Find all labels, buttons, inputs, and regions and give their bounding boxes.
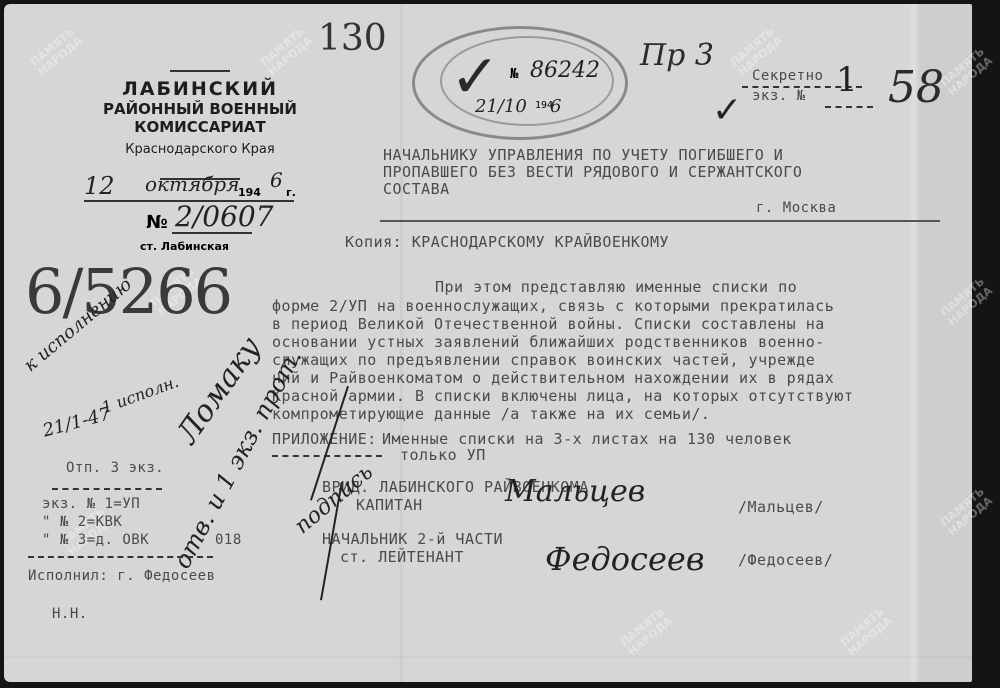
distribution-item: " № 3=д. ОВК — [42, 532, 149, 548]
stamp-line-4: Краснодарского Края — [80, 142, 320, 157]
station-name: ст. Лабинская — [140, 240, 229, 253]
signature-2: Федосеев — [545, 540, 704, 578]
divider — [272, 455, 382, 457]
outgoing-number: 2/0607 — [175, 200, 274, 233]
copy-to: Копия: КРАСНОДАРСКОМУ КРАЙВОЕНКОМУ — [345, 233, 669, 251]
body-line: служащих по предъявлении справок воински… — [272, 351, 815, 369]
date-year-suffix: 6 — [270, 168, 283, 192]
date-month: октября — [145, 172, 239, 196]
divider — [28, 556, 213, 558]
signer-2-title: НАЧАЛЬНИК 2-й ЧАСТИ — [322, 530, 503, 548]
distribution-item: экз. № 1=УП — [42, 496, 140, 512]
divider — [380, 220, 940, 222]
body-line: основании устных заявлений ближайших род… — [272, 333, 825, 351]
secret-number: 58 — [888, 62, 944, 113]
stamp-line-2: РАЙОННЫЙ ВОЕННЫЙ — [80, 100, 320, 118]
commissariat-stamp: ЛАБИНСКИЙ РАЙОННЫЙ ВОЕННЫЙ КОМИССАРИАТ К… — [80, 70, 320, 157]
attachment-label: ПРИЛОЖЕНИЕ: — [272, 430, 377, 448]
divider — [52, 488, 162, 490]
signer-1-name: /Мальцев/ — [738, 498, 824, 516]
reg-number-label: № — [510, 66, 518, 82]
signer-1-rank: КАПИТАН — [356, 496, 423, 514]
addressee-city: г. Москва — [756, 200, 836, 216]
number-underline — [172, 232, 252, 234]
number-label: № — [146, 212, 168, 233]
signer-2-name: /Федосеев/ — [738, 551, 833, 569]
body-line: При этом представляю именные списки по — [435, 278, 797, 296]
signature-1: Мальцев — [505, 474, 645, 509]
distribution-extra: 018 — [215, 532, 242, 548]
divider — [170, 70, 230, 72]
body-line: Красной армии. В списки включены лица, н… — [272, 387, 853, 405]
body-line: ний и Райвоенкоматом о действительном на… — [272, 369, 834, 387]
body-line: форме 2/УП на военнослужащих, связь с ко… — [272, 297, 834, 315]
reg-date: 21/10 — [475, 96, 527, 117]
handwritten-resolution: Пр 3 — [640, 38, 714, 73]
divider — [825, 106, 873, 108]
year-letter: г. — [286, 186, 296, 199]
reg-year: 6 — [550, 96, 561, 117]
page-number: 130 — [318, 18, 387, 59]
stamp-line-3: КОМИССАРИАТ — [80, 118, 320, 136]
reg-number: 86242 — [530, 58, 600, 83]
secret-label: Секретно — [752, 68, 823, 84]
addressee-line-2: ПРОПАВШЕГО БЕЗ ВЕСТИ РЯДОВОГО И СЕРЖАНТС… — [383, 163, 802, 181]
body-line: в период Великой Отечественной войны. Сп… — [272, 315, 825, 333]
date-year-prefix: 194 — [238, 186, 261, 199]
copy-label: экз. № — [752, 88, 806, 104]
executor-initials: Н.Н. — [52, 606, 88, 622]
stamp-line-1: ЛАБИНСКИЙ — [80, 78, 320, 100]
check-mark-icon: ✓ — [712, 90, 742, 131]
distribution-item: " № 2=КВК — [42, 514, 122, 530]
signer-2-rank: ст. ЛЕЙТЕНАНТ — [340, 548, 464, 566]
addressee-line-3: СОСТАВА — [383, 180, 450, 198]
copy-number: 1 — [836, 60, 858, 100]
executor: Исполнил: г. Федосеев — [28, 568, 216, 584]
addressee-line-1: НАЧАЛЬНИКУ УПРАВЛЕНИЯ ПО УЧЕТУ ПОГИБШЕГО… — [383, 146, 783, 164]
distribution-header: Отп. 3 экз. — [66, 460, 164, 476]
attachment-text-2: только УП — [400, 446, 486, 464]
date-day: 12 — [84, 172, 115, 200]
